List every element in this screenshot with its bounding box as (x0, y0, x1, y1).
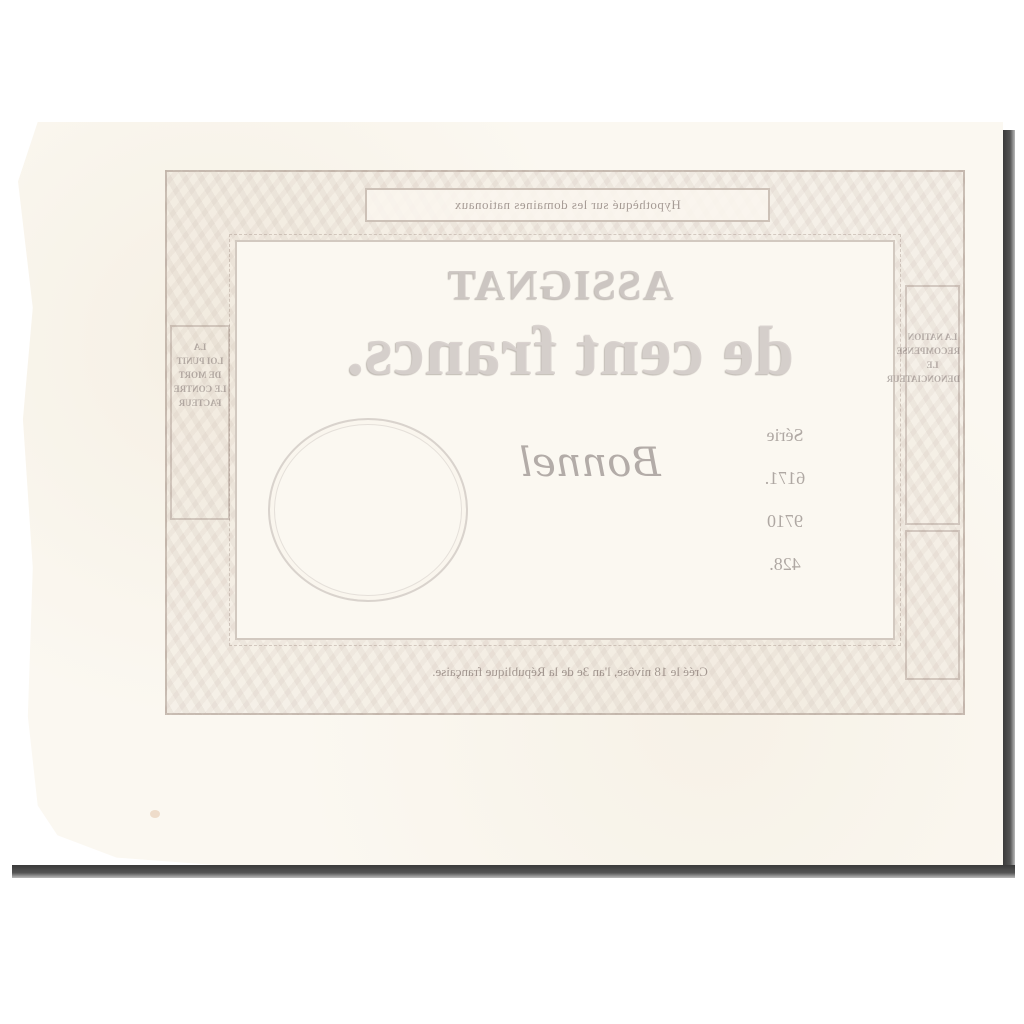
right-column-frame (905, 285, 960, 525)
serie-label: Série (745, 425, 825, 446)
paper-stain (150, 810, 160, 818)
note-number-2: 428. (745, 554, 825, 575)
serie-number: 6171. (745, 468, 825, 489)
title-denomination: de cent francs. (250, 312, 890, 392)
right-column-text: LA NATION RECOMPENSE LE DENONCIATEUR (905, 330, 960, 386)
top-label: Hypothèqué sur les domaines nationaux (365, 188, 770, 222)
left-column-text: LA LOI PUNIT DE MORT LE CONTRE FACTEUR (172, 340, 228, 410)
creation-date-line: Créé le 18 nivôse, l'an 3e de la Républi… (280, 664, 860, 680)
note-number-1: 9710 (745, 511, 825, 532)
title-assignat: ASSIGNAT (400, 262, 720, 310)
right-corner-ornament (905, 530, 960, 680)
drop-shadow-right (1003, 130, 1015, 878)
medallion-emboss (268, 418, 468, 602)
drop-shadow-bottom (12, 865, 1015, 878)
signature: Bonnel (515, 440, 665, 486)
serie-block: Série 6171. 9710 428. (745, 425, 825, 597)
top-label-text: Hypothèqué sur les domaines nationaux (454, 197, 680, 213)
